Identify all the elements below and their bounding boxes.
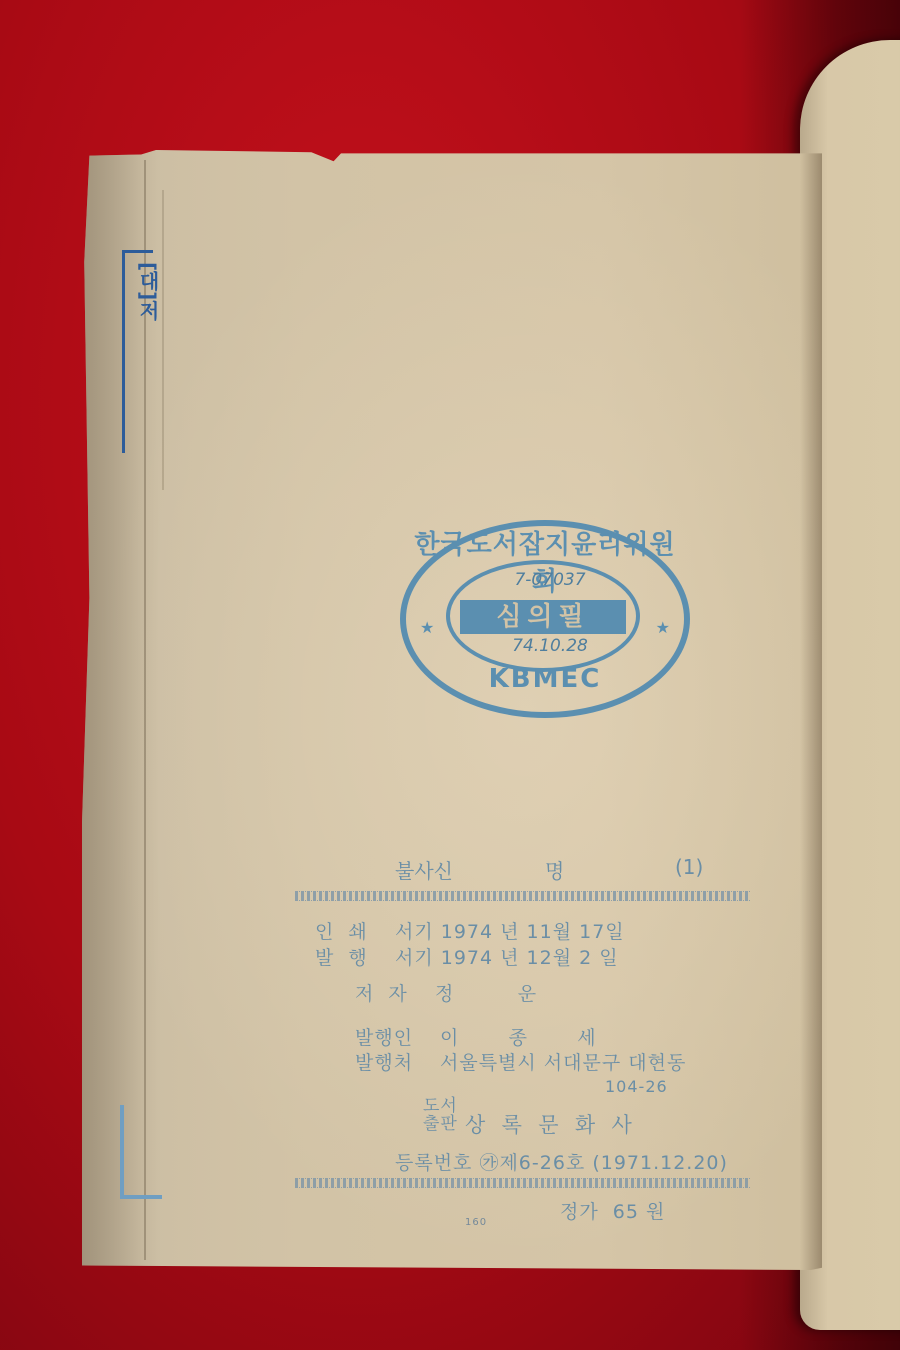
price: 정가 65 원 [560, 1197, 665, 1224]
stamp-approved-band: 심의필 [460, 600, 626, 634]
imprint-label-top: 도서 [423, 1097, 458, 1115]
star-icon: ★ [656, 618, 670, 637]
imprint-label-bottom: 출판 [423, 1115, 458, 1133]
book-title-2: 명 [545, 855, 564, 884]
office-address: 서울특별시 서대문구 대현동 [440, 1048, 686, 1075]
book-title: 불사신 [395, 855, 453, 884]
star-icon: ★ [420, 618, 434, 637]
office-number: 104-26 [605, 1077, 668, 1096]
stamp-abbreviation: KBMEC [406, 664, 684, 694]
print-date-value: 서기 1974 년 11월 17일 [395, 917, 625, 944]
office-label: 발행처 [355, 1048, 413, 1075]
cover-fragment-label: [대]저 [132, 262, 160, 320]
censorship-approval-stamp: 한국도서잡지윤리위원회 7-07037 심의필 74.10.28 ★ ★ KBM… [400, 520, 690, 718]
page-mark: 160 [465, 1217, 487, 1228]
stamp-handwritten-number: 7-07037 [480, 570, 620, 590]
publish-date-label: 발 행 [315, 943, 368, 970]
cover-fragment-corner [120, 1105, 162, 1199]
imprint-name: 상 록 문 화 사 [465, 1109, 633, 1139]
author-value: 정 운 [435, 979, 537, 1006]
ornamental-divider [295, 1178, 750, 1188]
page-crease [162, 190, 164, 490]
page-gutter [800, 150, 822, 1270]
stamp-inner-oval: 7-07037 심의필 74.10.28 [446, 560, 640, 672]
registration-number: 등록번호 ㉮제6-26호 (1971.12.20) [395, 1148, 728, 1175]
publisher-value: 이 종 세 [440, 1023, 597, 1050]
book-title-row: 불사신 명 (1) [395, 855, 735, 885]
book-volume: (1) [675, 855, 703, 879]
publisher-label: 발행인 [355, 1023, 413, 1050]
stamp-handwritten-date: 74.10.28 [490, 636, 610, 656]
publish-date-value: 서기 1974 년 12월 2 일 [395, 943, 619, 970]
author-label: 저 자 [355, 979, 408, 1006]
ornamental-divider [295, 891, 750, 901]
print-date-label: 인 쇄 [315, 917, 368, 944]
book-page: [대]저 한국도서잡지윤리위원회 7-07037 심의필 74.10.28 ★ … [82, 150, 822, 1270]
